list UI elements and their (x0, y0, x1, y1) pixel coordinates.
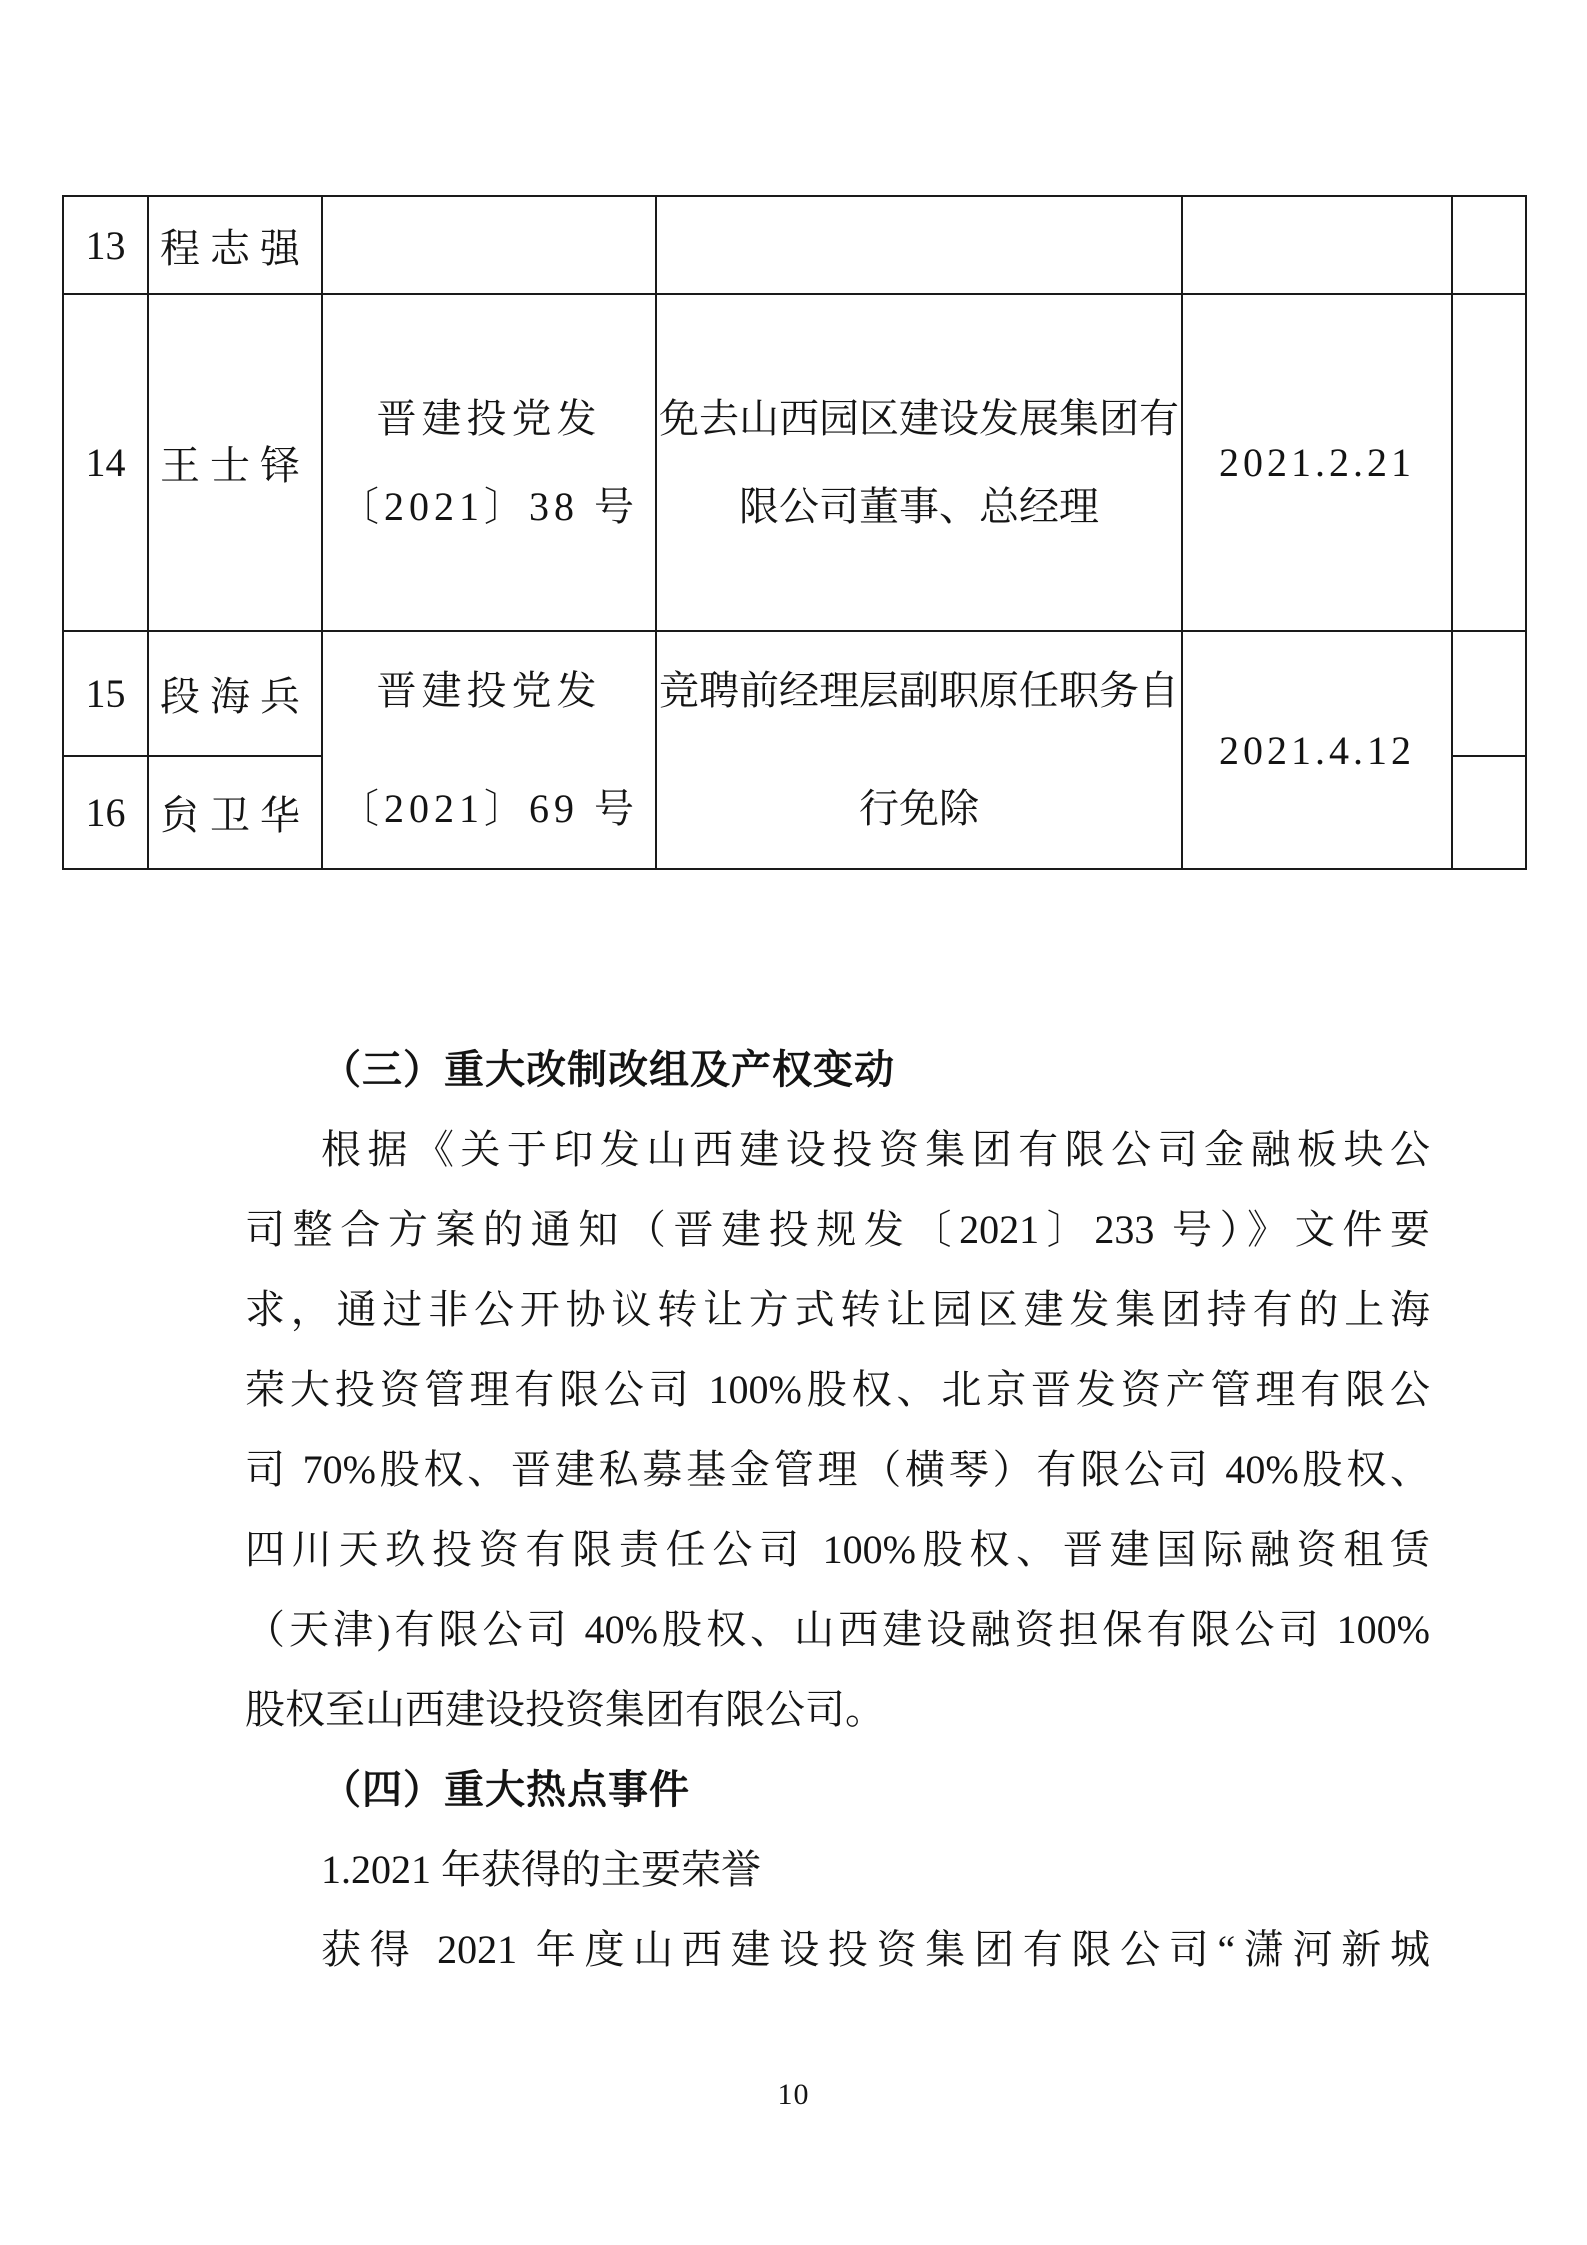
paragraph-line-2: 司整合方案的通知（晋建投规发〔2021〕233 号）》文件要 (245, 1190, 1430, 1270)
cell-no-14: 14 (63, 294, 148, 631)
cell-no-13: 13 (63, 196, 148, 294)
cell-doc-15-16: 晋建投党发 〔2021〕69 号 (322, 631, 656, 869)
document-page: 13 程志强 14 王士铎 晋建投党发 〔2021〕38 号 免去山西园区建设发… (0, 0, 1587, 2245)
cell-date-13 (1182, 196, 1452, 294)
cell-name-16: 贠卫华 (148, 756, 322, 869)
paragraph-line-1: 根据《关于印发山西建设投资集团有限公司金融板块公 (245, 1110, 1430, 1190)
paragraph-line-7: （天津)有限公司 40%股权、山西建设融资担保有限公司 100% (245, 1590, 1430, 1670)
cell-action-14: 免去山西园区建设发展集团有 限公司董事、总经理 (656, 294, 1182, 631)
appointments-table: 13 程志强 14 王士铎 晋建投党发 〔2021〕38 号 免去山西园区建设发… (62, 195, 1527, 870)
paragraph-line-5: 司 70%股权、晋建私募基金管理（横琴）有限公司 40%股权、 (245, 1430, 1430, 1510)
cell-action-13 (656, 196, 1182, 294)
paragraph-line-3: 求，通过非公开协议转让方式转让园区建发集团持有的上海 (245, 1270, 1430, 1350)
section-heading-4: （四）重大热点事件 (245, 1750, 1430, 1830)
cell-name-15: 段海兵 (148, 631, 322, 756)
cell-extra-14 (1452, 294, 1526, 631)
cell-doc-13 (322, 196, 656, 294)
body-text: （三）重大改制改组及产权变动 根据《关于印发山西建设投资集团有限公司金融板块公 … (245, 1030, 1430, 1990)
table-row-13: 13 程志强 (63, 196, 1526, 294)
item-line-2: 获得 2021 年度山西建设投资集团有限公司“潇河新城 (245, 1910, 1430, 1990)
cell-no-15: 15 (63, 631, 148, 756)
cell-extra-15 (1452, 631, 1526, 756)
cell-action-15-16: 竞聘前经理层副职原任职务自 行免除 (656, 631, 1182, 869)
cell-date-14: 2021.2.21 (1182, 294, 1452, 631)
paragraph-line-6: 四川天玖投资有限责任公司 100%股权、晋建国际融资租赁 (245, 1510, 1430, 1590)
cell-date-15-16: 2021.4.12 (1182, 631, 1452, 869)
section-heading-3: （三）重大改制改组及产权变动 (245, 1030, 1430, 1110)
paragraph-line-4: 荣大投资管理有限公司 100%股权、北京晋发资产管理有限公 (245, 1350, 1430, 1430)
table-row-15: 15 段海兵 晋建投党发 〔2021〕69 号 竞聘前经理层副职原任职务自 行免… (63, 631, 1526, 756)
item-line-1: 1.2021 年获得的主要荣誉 (245, 1830, 1430, 1910)
cell-name-13: 程志强 (148, 196, 322, 294)
cell-doc-14: 晋建投党发 〔2021〕38 号 (322, 294, 656, 631)
cell-name-14: 王士铎 (148, 294, 322, 631)
paragraph-line-8: 股权至山西建设投资集团有限公司。 (245, 1670, 1430, 1750)
table-row-14: 14 王士铎 晋建投党发 〔2021〕38 号 免去山西园区建设发展集团有 限公… (63, 294, 1526, 631)
cell-extra-16 (1452, 756, 1526, 869)
cell-extra-13 (1452, 196, 1526, 294)
page-number: 10 (0, 2078, 1587, 2112)
cell-no-16: 16 (63, 756, 148, 869)
